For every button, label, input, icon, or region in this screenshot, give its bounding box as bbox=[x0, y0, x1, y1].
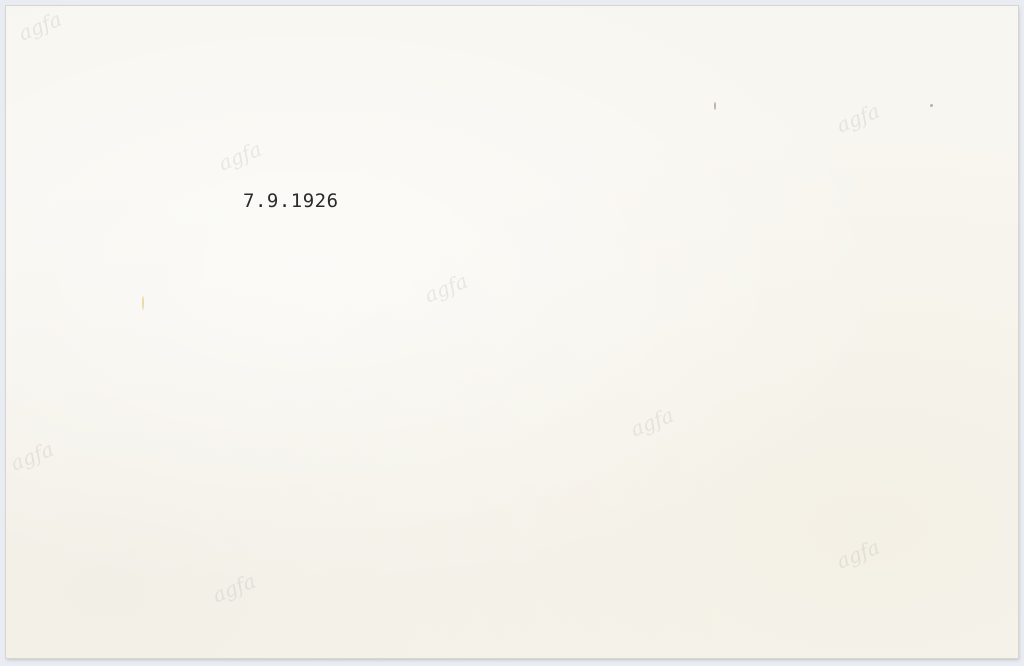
watermark: agfa bbox=[421, 269, 471, 308]
watermark: agfa bbox=[209, 569, 259, 608]
photo-back-card: 7.9.1926 agfa agfa agfa agfa agfa agfa a… bbox=[6, 6, 1018, 658]
paper-speck bbox=[930, 104, 933, 107]
watermark: agfa bbox=[833, 99, 883, 138]
paper-speck bbox=[142, 296, 144, 310]
watermark: agfa bbox=[627, 403, 677, 442]
watermark: agfa bbox=[7, 437, 57, 476]
watermark: agfa bbox=[15, 7, 65, 46]
watermark: agfa bbox=[215, 137, 265, 176]
date-stamp: 7.9.1926 bbox=[243, 190, 339, 212]
watermark: agfa bbox=[833, 535, 883, 574]
paper-speck bbox=[714, 102, 716, 110]
